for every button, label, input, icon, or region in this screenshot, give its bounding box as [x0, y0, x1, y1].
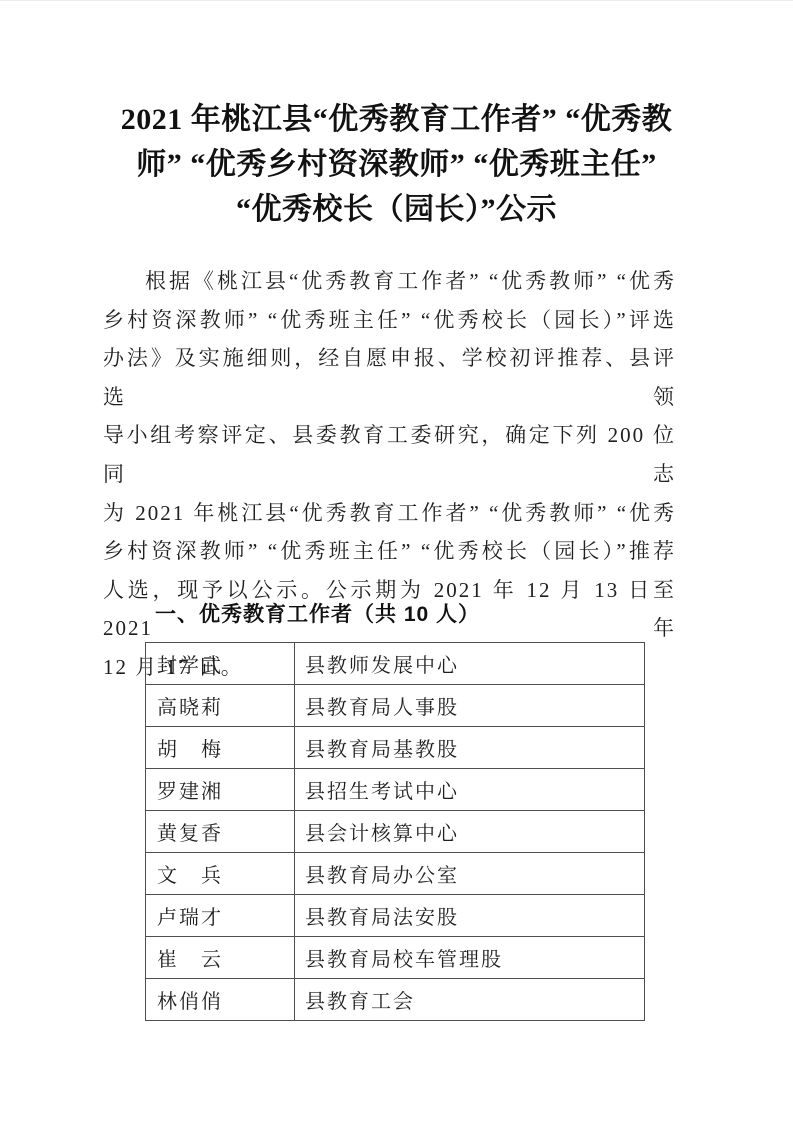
table-row: 封学武县教师发展中心	[146, 643, 645, 685]
work-unit-cell: 县会计核算中心	[295, 811, 645, 853]
title-line: 师” “优秀乡村资深教师” “优秀班主任”	[60, 142, 733, 187]
title-line: “优秀校长（园长）”公示	[60, 187, 733, 232]
work-unit-cell: 县教育局法安股	[295, 895, 645, 937]
work-unit-cell: 县教育局基教股	[295, 727, 645, 769]
section-heading: 一、优秀教育工作者（共 10 人）	[155, 601, 480, 629]
table-row: 罗建湘县招生考试中心	[146, 769, 645, 811]
table-row: 文 兵县教育局办公室	[146, 853, 645, 895]
paragraph-line: 根据《桃江县“优秀教育工作者” “优秀教师” “优秀	[103, 262, 676, 301]
work-unit-cell: 县教育局办公室	[295, 853, 645, 895]
paragraph-line: 乡村资深教师” “优秀班主任” “优秀校长（园长）”推荐	[103, 532, 676, 571]
document-page: 2021 年桃江县“优秀教育工作者” “优秀教师” “优秀乡村资深教师” “优秀…	[0, 0, 793, 1122]
work-unit-cell: 县教育工会	[295, 979, 645, 1021]
doc-title: 2021 年桃江县“优秀教育工作者” “优秀教师” “优秀乡村资深教师” “优秀…	[60, 97, 733, 232]
table-row: 胡 梅县教育局基教股	[146, 727, 645, 769]
work-unit-cell: 县招生考试中心	[295, 769, 645, 811]
paragraph-line: 乡村资深教师” “优秀班主任” “优秀校长（园长）”评选	[103, 301, 676, 340]
table-row: 林俏俏县教育工会	[146, 979, 645, 1021]
work-unit-cell: 县教育局校车管理股	[295, 937, 645, 979]
paragraph-line: 导小组考察评定、县委教育工委研究，确定下列 200 位同志	[103, 416, 676, 493]
table-row: 高晓莉县教育局人事股	[146, 685, 645, 727]
roster-table: 封学武县教师发展中心高晓莉县教育局人事股胡 梅县教育局基教股罗建湘县招生考试中心…	[145, 642, 645, 1021]
work-unit-cell: 县教师发展中心	[295, 643, 645, 685]
table-row: 黄复香县会计核算中心	[146, 811, 645, 853]
roster-table-body: 封学武县教师发展中心高晓莉县教育局人事股胡 梅县教育局基教股罗建湘县招生考试中心…	[146, 643, 645, 1021]
table-row: 卢瑞才县教育局法安股	[146, 895, 645, 937]
person-name-cell: 封学武	[146, 643, 295, 685]
paragraph-line: 为 2021 年桃江县“优秀教育工作者” “优秀教师” “优秀	[103, 494, 676, 533]
person-name-cell: 胡 梅	[146, 727, 295, 769]
table-row: 崔 云县教育局校车管理股	[146, 937, 645, 979]
person-name-cell: 黄复香	[146, 811, 295, 853]
person-name-cell: 罗建湘	[146, 769, 295, 811]
person-name-cell: 高晓莉	[146, 685, 295, 727]
person-name-cell: 文 兵	[146, 853, 295, 895]
person-name-cell: 崔 云	[146, 937, 295, 979]
paragraph-line: 办法》及实施细则，经自愿申报、学校初评推荐、县评选领	[103, 339, 676, 416]
person-name-cell: 林俏俏	[146, 979, 295, 1021]
work-unit-cell: 县教育局人事股	[295, 685, 645, 727]
title-line: 2021 年桃江县“优秀教育工作者” “优秀教	[60, 97, 733, 142]
person-name-cell: 卢瑞才	[146, 895, 295, 937]
